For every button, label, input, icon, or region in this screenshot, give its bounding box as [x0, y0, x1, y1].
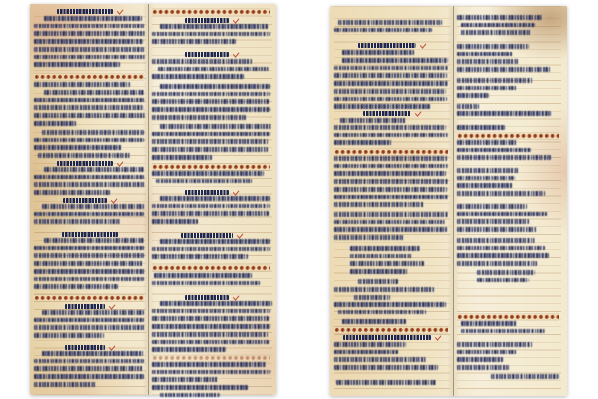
- handwritten-paragraph: [334, 125, 450, 148]
- red-check-mark: [233, 293, 239, 300]
- handwriting-line: [457, 104, 479, 109]
- heading-handwriting: [57, 9, 113, 14]
- right-page-col-2: [457, 6, 561, 396]
- red-check-mark: [109, 343, 115, 350]
- handwriting-line: [457, 212, 547, 217]
- handwritten-paragraph: [34, 351, 146, 390]
- decorative-rosette-border: [34, 74, 144, 80]
- heading-handwriting: [343, 335, 431, 340]
- entry-date-heading: [34, 303, 146, 310]
- handwriting-line: [334, 220, 446, 225]
- handwriting-line: [152, 132, 270, 137]
- handwriting-line: [34, 182, 145, 187]
- handwriting-line: [34, 98, 144, 103]
- handwriting-line: [334, 133, 448, 138]
- handwriting-line: [34, 39, 143, 44]
- entry-date-heading: [34, 197, 146, 204]
- decorative-rosette-border: [457, 314, 559, 320]
- handwriting-line: [461, 23, 535, 28]
- handwriting-line: [34, 24, 144, 29]
- handwriting-line: [34, 284, 118, 289]
- heading-handwriting: [57, 161, 113, 166]
- handwriting-line: [34, 333, 104, 338]
- handwriting-line: [42, 130, 144, 135]
- red-check-mark: [111, 196, 117, 203]
- handwritten-paragraph: [334, 58, 450, 112]
- verse-stanza: [334, 246, 450, 277]
- handwritten-paragraph: [152, 362, 272, 385]
- handwriting-line: [34, 138, 144, 143]
- handwriting-line: [334, 73, 447, 78]
- page-fold-divider: [148, 4, 149, 395]
- handwritten-paragraph: [34, 167, 146, 198]
- entry-date-heading: [152, 17, 272, 24]
- handwriting-line: [457, 357, 503, 362]
- handwriting-line: [334, 164, 448, 169]
- handwriting-line: [34, 47, 144, 52]
- heading-handwriting: [63, 198, 107, 203]
- handwriting-line: [34, 382, 96, 387]
- heading-handwriting: [358, 43, 416, 48]
- handwritten-paragraph: [457, 111, 561, 119]
- handwriting-line: [160, 84, 270, 89]
- handwriting-line: [457, 176, 515, 181]
- handwriting-line: [334, 179, 448, 184]
- entry-date-heading: [152, 189, 272, 196]
- handwritten-paragraph: [34, 16, 146, 70]
- handwriting-line: [457, 86, 517, 91]
- handwriting-line: [44, 167, 144, 172]
- handwriting-line: [160, 24, 268, 29]
- verse-stanza: [457, 238, 561, 269]
- decorative-rosette-border: [152, 355, 270, 361]
- verse-stanza: [457, 168, 561, 199]
- handwriting-line: [457, 78, 533, 83]
- handwriting-line: [152, 370, 270, 375]
- handwritten-paragraph: [152, 24, 272, 47]
- handwriting-line: [338, 20, 442, 25]
- handwriting-line: [34, 190, 110, 195]
- decorative-rosette-border: [34, 295, 144, 301]
- left-page-col-1: [34, 4, 146, 395]
- handwriting-line: [334, 140, 392, 145]
- scanned-document: [0, 0, 598, 399]
- handwriting-line: [152, 316, 269, 321]
- handwritten-paragraph: [334, 279, 450, 287]
- heading-handwriting: [185, 295, 229, 300]
- entry-date-heading: [34, 344, 146, 351]
- handwriting-line: [34, 82, 130, 87]
- handwriting-line: [457, 191, 545, 196]
- handwriting-line: [34, 374, 144, 379]
- red-check-mark: [237, 231, 243, 238]
- handwriting-line: [334, 89, 446, 94]
- handwriting-line: [44, 90, 144, 95]
- handwriting-line: [44, 16, 142, 21]
- handwriting-line: [334, 171, 446, 176]
- handwritten-paragraph: [334, 302, 450, 317]
- heading-handwriting: [181, 233, 233, 238]
- heading-handwriting: [185, 190, 229, 195]
- entry-date-heading: [152, 51, 272, 58]
- handwritten-paragraph: [152, 59, 272, 82]
- handwriting-line: [334, 365, 438, 370]
- verse-stanza: [457, 321, 561, 336]
- handwriting-line: [342, 58, 448, 63]
- entry-date-heading: [334, 334, 450, 341]
- handwriting-line: [334, 350, 398, 355]
- handwriting-line: [152, 59, 252, 64]
- right-page: [330, 6, 567, 396]
- handwriting-line: [334, 156, 447, 161]
- handwriting-line: [338, 310, 426, 315]
- handwriting-line: [457, 238, 535, 243]
- entry-date-heading: [334, 110, 450, 117]
- handwriting-line: [152, 247, 270, 252]
- handwriting-line: [152, 347, 226, 352]
- handwriting-line: [152, 147, 268, 152]
- handwritten-paragraph: [34, 204, 146, 227]
- handwriting-line: [154, 273, 252, 278]
- verse-stanza: [457, 204, 561, 235]
- left-page: [30, 4, 276, 395]
- handwriting-line: [334, 235, 404, 240]
- handwriting-line: [334, 357, 426, 362]
- handwritten-paragraph: [334, 319, 450, 327]
- handwriting-line: [334, 81, 448, 86]
- handwritten-paragraph: [34, 310, 146, 341]
- handwritten-paragraph: [152, 196, 272, 227]
- handwriting-line: [477, 278, 529, 283]
- handwriting-line: [457, 219, 529, 224]
- handwriting-line: [152, 74, 244, 79]
- handwriting-line: [350, 269, 408, 274]
- handwriting-line: [457, 155, 551, 160]
- handwritten-paragraph: [334, 156, 450, 210]
- handwriting-line: [152, 211, 269, 216]
- handwriting-line: [334, 287, 434, 292]
- handwriting-line: [457, 253, 549, 258]
- verse-stanza: [457, 342, 561, 373]
- handwriting-line: [457, 67, 551, 72]
- handwriting-line: [334, 342, 406, 347]
- heading-handwriting: [65, 304, 105, 309]
- handwriting-line: [152, 281, 260, 286]
- handwriting-line: [156, 179, 252, 184]
- handwriting-line: [461, 321, 517, 326]
- verse-stanza: [457, 15, 561, 38]
- handwriting-line: [152, 107, 270, 112]
- handwriting-line: [457, 111, 551, 116]
- handwriting-line: [461, 30, 531, 35]
- handwriting-line: [350, 246, 420, 251]
- handwriting-line: [34, 366, 143, 371]
- handwriting-line: [334, 302, 446, 307]
- handwriting-line: [457, 168, 519, 173]
- handwriting-line: [158, 67, 270, 72]
- entry-date-heading: [34, 160, 146, 167]
- handwriting-line: [354, 295, 390, 300]
- handwriting-line: [334, 195, 448, 200]
- verse-stanza: [457, 140, 561, 163]
- heading-handwriting: [65, 345, 105, 350]
- handwriting-line: [342, 319, 406, 324]
- decorative-rosette-border: [152, 164, 270, 170]
- handwriting-line: [152, 385, 248, 390]
- right-page-col-1: [334, 6, 450, 396]
- handwriting-line: [34, 325, 145, 330]
- handwriting-line: [457, 261, 537, 266]
- handwriting-line: [160, 124, 272, 129]
- handwriting-line: [457, 140, 517, 145]
- handwritten-paragraph: [457, 125, 561, 133]
- handwritten-paragraph: [34, 130, 146, 153]
- handwriting-line: [160, 239, 270, 244]
- handwriting-line: [350, 261, 424, 266]
- handwritten-paragraph: [34, 238, 146, 292]
- handwritten-paragraph: [457, 374, 561, 382]
- heading-handwriting: [185, 52, 229, 57]
- handwritten-paragraph: [152, 301, 272, 355]
- handwriting-line: [358, 279, 398, 284]
- handwriting-line: [152, 99, 269, 104]
- handwriting-line: [34, 246, 145, 251]
- handwriting-line: [336, 380, 436, 385]
- handwritten-paragraph: [334, 50, 450, 58]
- handwriting-line: [152, 171, 264, 176]
- handwritten-paragraph: [334, 287, 450, 295]
- handwriting-line: [334, 212, 448, 217]
- handwriting-line: [457, 350, 517, 355]
- decorative-rosette-border: [334, 149, 448, 155]
- handwritten-paragraph: [152, 273, 272, 288]
- handwriting-line: [34, 212, 144, 217]
- handwriting-line: [34, 145, 122, 150]
- handwriting-line: [457, 227, 537, 232]
- red-check-mark: [420, 41, 426, 48]
- decorative-rosette-border: [152, 265, 270, 271]
- verse-stanza: [457, 44, 561, 75]
- handwriting-line: [152, 332, 268, 337]
- left-page-col-2: [152, 4, 272, 395]
- handwriting-line: [34, 105, 143, 110]
- red-check-mark: [233, 50, 239, 57]
- handwriting-line: [457, 52, 513, 57]
- handwriting-line: [152, 115, 246, 120]
- handwriting-line: [152, 340, 269, 345]
- handwriting-line: [334, 187, 447, 192]
- handwriting-line: [457, 342, 533, 347]
- handwriting-line: [152, 204, 270, 209]
- page-fold-divider: [453, 6, 454, 396]
- handwriting-line: [34, 277, 144, 282]
- handwriting-line: [457, 15, 543, 20]
- handwriting-line: [42, 310, 144, 315]
- handwriting-line: [152, 155, 212, 160]
- handwriting-line: [152, 92, 270, 97]
- heading-handwriting: [62, 232, 118, 237]
- handwritten-paragraph: [152, 171, 272, 186]
- red-check-mark: [233, 16, 239, 23]
- handwritten-paragraph: [152, 385, 272, 399]
- handwriting-line: [34, 318, 144, 323]
- decorative-rosette-border: [334, 327, 448, 333]
- handwriting-line: [152, 309, 270, 314]
- handwriting-line: [152, 32, 270, 37]
- handwriting-line: [34, 359, 144, 364]
- handwriting-line: [160, 196, 270, 201]
- handwriting-line: [152, 362, 266, 367]
- handwriting-line: [477, 270, 535, 275]
- handwriting-line: [334, 66, 448, 71]
- handwriting-line: [34, 62, 120, 67]
- handwriting-line: [152, 377, 218, 382]
- handwriting-line: [461, 329, 545, 334]
- handwriting-line: [42, 204, 144, 209]
- handwriting-line: [34, 219, 120, 224]
- handwriting-line: [457, 204, 527, 209]
- handwritten-paragraph: [334, 380, 450, 388]
- handwriting-line: [457, 44, 529, 49]
- handwriting-line: [152, 219, 198, 224]
- handwriting-line: [457, 93, 489, 98]
- handwriting-line: [42, 351, 144, 356]
- handwritten-paragraph: [34, 82, 146, 90]
- handwritten-paragraph: [152, 239, 272, 262]
- handwriting-line: [152, 324, 270, 329]
- handwritten-paragraph: [152, 84, 272, 123]
- handwriting-line: [334, 125, 446, 130]
- heading-handwriting: [185, 18, 229, 23]
- handwriting-line: [44, 238, 144, 243]
- verse-stanza: [457, 270, 561, 285]
- handwriting-line: [334, 104, 430, 109]
- handwriting-line: [334, 227, 447, 232]
- handwriting-line: [34, 121, 76, 126]
- handwriting-line: [457, 183, 513, 188]
- handwriting-line: [152, 139, 269, 144]
- handwriting-line: [334, 202, 424, 207]
- red-check-mark: [109, 302, 115, 309]
- red-check-mark: [117, 159, 123, 166]
- entry-date-heading: [34, 8, 146, 15]
- handwriting-line: [38, 153, 130, 158]
- handwriting-line: [160, 301, 272, 306]
- handwriting-line: [457, 148, 531, 153]
- decorative-rosette-border: [152, 9, 270, 15]
- entry-date-heading: [152, 294, 272, 301]
- red-check-mark: [233, 188, 239, 195]
- handwriting-line: [160, 393, 220, 398]
- handwriting-line: [457, 246, 545, 251]
- handwriting-line: [34, 31, 145, 36]
- handwriting-line: [34, 55, 145, 60]
- handwritten-paragraph: [34, 90, 146, 129]
- handwriting-line: [457, 125, 505, 130]
- handwriting-line: [34, 175, 144, 180]
- red-check-mark: [117, 7, 123, 14]
- heading-handwriting: [363, 111, 411, 116]
- handwriting-line: [334, 97, 447, 102]
- entry-date-heading: [34, 231, 146, 238]
- entry-date-heading: [152, 232, 272, 239]
- handwriting-line: [152, 254, 248, 259]
- handwriting-line: [342, 50, 414, 55]
- handwriting-line: [34, 261, 143, 266]
- handwriting-line: [34, 113, 145, 118]
- handwritten-paragraph: [152, 124, 272, 163]
- handwritten-paragraph: [334, 20, 450, 35]
- verse-stanza: [334, 342, 450, 373]
- handwriting-line: [457, 59, 519, 64]
- red-check-mark: [415, 109, 421, 116]
- handwriting-line: [334, 28, 432, 33]
- handwriting-line: [491, 374, 559, 379]
- handwriting-line: [34, 269, 145, 274]
- entry-date-heading: [334, 42, 450, 49]
- handwriting-line: [340, 118, 406, 123]
- red-check-mark: [435, 333, 441, 340]
- handwriting-line: [350, 254, 412, 259]
- decorative-rosette-border: [457, 133, 559, 139]
- handwritten-paragraph: [334, 212, 450, 243]
- handwriting-line: [152, 39, 236, 44]
- handwriting-line: [457, 365, 509, 370]
- verse-stanza: [457, 78, 561, 101]
- handwriting-line: [34, 253, 144, 258]
